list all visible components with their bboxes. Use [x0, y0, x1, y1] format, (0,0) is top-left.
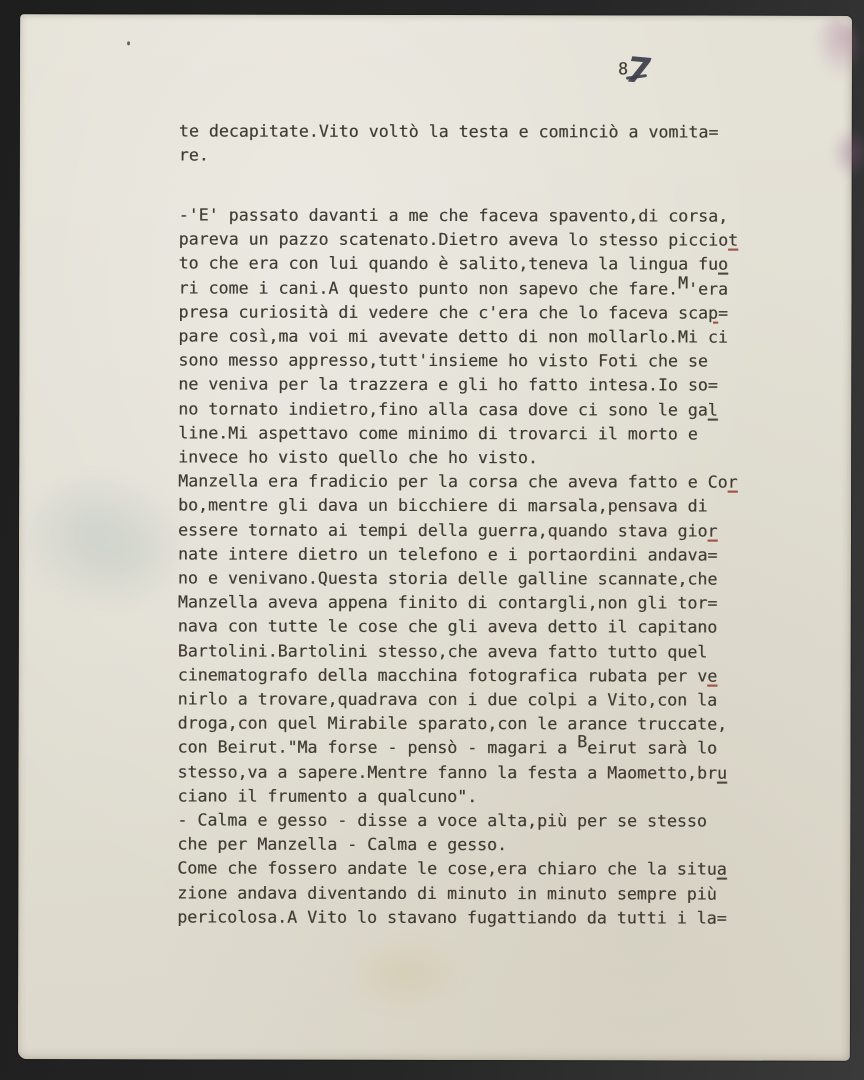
text-segment: nava con tutte le cose che gli aveva det…	[178, 617, 718, 637]
text-line: no tornato indietro,fino alla casa dove …	[178, 397, 738, 422]
text-segment: presa curiosità di vedere che c'era che …	[178, 302, 708, 322]
text-segment: nate intere dietro un telefono e i porta…	[178, 544, 718, 564]
text-line: che per Manzella - Calma e gesso.	[177, 833, 737, 858]
text-line: ciano il frumento a qualcuno".	[177, 784, 737, 809]
stain-top-right-corner	[813, 18, 857, 80]
text-segment: Manzella era fradicio per la corsa che a…	[178, 472, 728, 492]
text-segment: line.Mi aspettavo come minimo di trovarc…	[178, 423, 698, 443]
text-line: Bartolini.Bartolini stesso,che aveva fat…	[178, 639, 738, 664]
underlined-letter: e	[707, 666, 717, 685]
text-segment: ciano il frumento a qualcuno".	[177, 786, 477, 806]
text-line: pare così,ma voi mi avevate detto di non…	[178, 324, 738, 349]
text-segment: Bartolini.Bartolini stesso,che aveva fat…	[178, 641, 708, 661]
paragraph-1: te decapitate.Vito voltò la testa e comi…	[179, 119, 719, 169]
text-segment: to che era con lui quando è salito,tenev…	[179, 254, 719, 274]
text-segment: te decapitate.Vito voltò la testa e comi…	[179, 121, 719, 141]
underlined-letter: l	[708, 400, 718, 419]
text-line: nava con tutte le cose che gli aveva det…	[178, 615, 738, 640]
stain-right-edge	[830, 126, 864, 180]
text-line: essere tornato ai tempi della guerra,qua…	[178, 518, 738, 543]
text-line: con Beirut."Ma forse - pensò - magari a …	[178, 736, 738, 761]
text-line: bo,mentre gli dava un bicchiere di marsa…	[178, 494, 738, 519]
text-segment: nirlo a trovare,quadrava con i due colpi…	[178, 690, 718, 710]
text-segment: pericolosa.A Vito lo stavano fugattiando…	[177, 907, 727, 927]
text-segment: 'era	[688, 279, 728, 298]
text-line: Come che fossero andate le cose,era chia…	[177, 857, 737, 882]
handwritten-page-number: 7	[624, 50, 652, 92]
text-segment: droga,con quel Mirabile sparato,con le a…	[178, 714, 728, 734]
text-segment: zione andava diventando di minuto in min…	[177, 883, 717, 903]
underlined-letter: o	[718, 255, 728, 274]
underlined-letter: t	[728, 231, 738, 250]
ink-bleedthrough-left-margin	[27, 474, 182, 609]
text-segment: - Calma e gesso - disse a voce alta,più …	[177, 811, 707, 831]
stain-bottom-center	[343, 937, 468, 1012]
text-segment: che per Manzella - Calma e gesso.	[177, 835, 507, 855]
text-line: presa curiosità di vedere che c'era che …	[178, 300, 738, 325]
text-segment: ne veniva per la trazzera e gli ho fatto…	[178, 375, 718, 395]
text-line: sono messo appresso,tutt'insieme ho vist…	[178, 349, 738, 374]
text-line: nate intere dietro un telefono e i porta…	[178, 542, 738, 567]
text-segment: invece ho visto quello che ho visto.	[178, 447, 538, 467]
text-line: line.Mi aspettavo come minimo di trovarc…	[178, 421, 738, 446]
text-segment: Come che fossero andate le cose,era chia…	[177, 859, 717, 879]
paper-speck	[127, 41, 130, 45]
text-line: droga,con quel Mirabile sparato,con le a…	[178, 712, 738, 737]
text-line: re.	[179, 144, 719, 169]
text-line: cinematografo della macchina fotografica…	[178, 663, 738, 688]
text-segment: ri come i cani.A questo punto non sapevo…	[179, 278, 679, 298]
text-segment: eirut sarà lo	[587, 739, 717, 758]
text-line: Manzella era fradicio per la corsa che a…	[178, 470, 738, 495]
text-line: no e venivano.Questa storia delle gallin…	[178, 567, 738, 592]
text-line: pareva un pazzo scatenato.Dietro aveva l…	[179, 228, 739, 253]
text-segment: con Beirut."Ma forse - pensò - magari a	[178, 738, 578, 758]
text-line: to che era con lui quando è salito,tenev…	[179, 252, 739, 277]
superscript-letter: B	[577, 733, 587, 752]
text-line: stesso,va a sapere.Mentre fanno la festa…	[177, 760, 737, 785]
paragraph-2: -'E' passato davanti a me che faceva spa…	[177, 203, 738, 930]
text-line: ne veniva per la trazzera e gli ho fatto…	[178, 373, 738, 398]
text-segment: =	[718, 303, 728, 322]
text-segment: bo,mentre gli dava un bicchiere di marsa…	[178, 496, 708, 516]
text-segment: sono messo appresso,tutt'insieme ho vist…	[178, 351, 708, 371]
text-segment: cinematografo della macchina fotografica…	[178, 665, 708, 685]
text-segment: no tornato indietro,fino alla casa dove …	[178, 399, 708, 419]
document-page: 8 7 te decapitate.Vito voltò la testa e …	[18, 14, 852, 1061]
text-line: te decapitate.Vito voltò la testa e comi…	[179, 119, 719, 144]
underlined-letter: r	[728, 473, 738, 492]
text-segment: pare così,ma voi mi avevate detto di non…	[178, 326, 728, 346]
underlined-letter: p	[708, 303, 718, 322]
underlined-letter: r	[707, 521, 717, 540]
text-segment: no e venivano.Questa storia delle gallin…	[178, 569, 718, 589]
underlined-letter: a	[717, 860, 727, 879]
text-line: -'E' passato davanti a me che faceva spa…	[179, 203, 739, 228]
text-segment: Manzella aveva appena finito di contargl…	[178, 593, 718, 613]
text-segment: -'E' passato davanti a me che faceva spa…	[179, 205, 729, 225]
text-line: Manzella aveva appena finito di contargl…	[178, 591, 738, 616]
text-line: ri come i cani.A questo punto non sapevo…	[178, 276, 738, 301]
text-line: nirlo a trovare,quadrava con i due colpi…	[178, 688, 738, 713]
text-segment: pareva un pazzo scatenato.Dietro aveva l…	[179, 230, 729, 250]
text-line: pericolosa.A Vito lo stavano fugattiando…	[177, 905, 737, 930]
superscript-letter: M	[678, 273, 688, 292]
text-line: invece ho visto quello che ho visto.	[178, 445, 738, 470]
text-segment: essere tornato ai tempi della guerra,qua…	[178, 520, 708, 540]
underlined-letter: u	[717, 763, 727, 782]
scan-background: { "page": { "number_typed": "8", "number…	[0, 0, 864, 1080]
text-segment: re.	[179, 146, 209, 165]
text-line: - Calma e gesso - disse a voce alta,più …	[177, 809, 737, 834]
text-line: zione andava diventando di minuto in min…	[177, 881, 737, 906]
text-segment: stesso,va a sapere.Mentre fanno la festa…	[177, 762, 717, 782]
